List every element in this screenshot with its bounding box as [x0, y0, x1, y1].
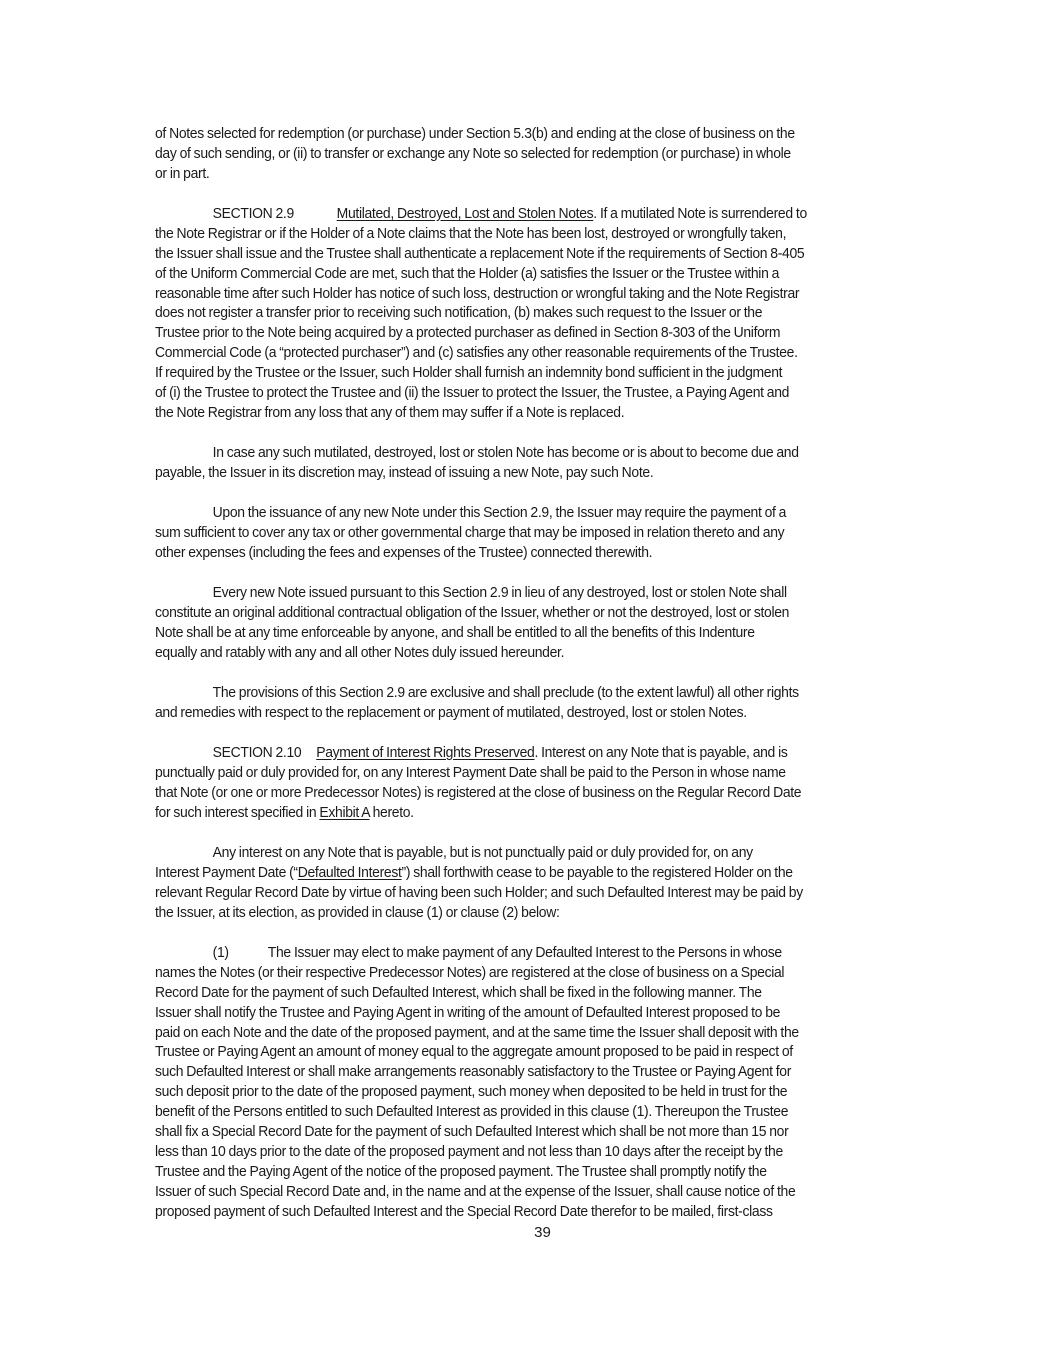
section-number: SECTION 2.9: [213, 205, 294, 222]
text-line: Every new Note issued pursuant to this S…: [155, 583, 880, 603]
text-line: and remedies with respect to the replace…: [155, 703, 880, 723]
text-line: less than 10 days prior to the date of t…: [155, 1142, 880, 1162]
text-line: of the Uniform Commercial Code are met, …: [155, 264, 880, 284]
text-line: constitute an original additional contra…: [155, 603, 880, 623]
text-line: of Notes selected for redemption (or pur…: [155, 124, 880, 144]
paragraph-upon-issuance: Upon the issuance of any new Note under …: [155, 503, 935, 563]
text-fragment: ”) shall forthwith cease to be payable t…: [402, 864, 793, 881]
text-line: relevant Regular Record Date by virtue o…: [155, 883, 880, 903]
text-line: the Issuer shall issue and the Trustee s…: [155, 244, 880, 264]
text-line: the Note Registrar from any loss that an…: [155, 403, 880, 423]
clause-first-line: (1)The Issuer may elect to make payment …: [155, 943, 880, 963]
text-line: the Issuer, at its election, as provided…: [155, 903, 880, 923]
text-line: reasonable time after such Holder has no…: [155, 284, 880, 304]
clause-1: (1)The Issuer may elect to make payment …: [155, 943, 935, 1221]
text-line: Any interest on any Note that is payable…: [155, 843, 880, 863]
defined-term-defaulted-interest: Defaulted Interest: [298, 864, 402, 881]
section-2-10: SECTION 2.10Payment of Interest Rights P…: [155, 743, 935, 823]
text-line: sum sufficient to cover any tax or other…: [155, 523, 880, 543]
section-heading-line: SECTION 2.10Payment of Interest Rights P…: [155, 743, 880, 763]
text-line: paid on each Note and the date of the pr…: [155, 1023, 880, 1043]
text-line: day of such sending, or (ii) to transfer…: [155, 144, 880, 164]
text-line: Trustee prior to the Note being acquired…: [155, 323, 880, 343]
paragraph-every-new-note: Every new Note issued pursuant to this S…: [155, 583, 935, 663]
clause-number: (1): [213, 944, 229, 961]
text-fragment: for such interest specified in: [155, 804, 319, 821]
text-fragment: hereto.: [369, 804, 413, 821]
document-page: of Notes selected for redemption (or pur…: [0, 0, 1055, 1365]
text-line: of (i) the Trustee to protect the Truste…: [155, 383, 880, 403]
text-line: that Note (or one or more Predecessor No…: [155, 783, 880, 803]
page-number: 39: [0, 1224, 1055, 1241]
text-line: punctually paid or duly provided for, on…: [155, 763, 880, 783]
text-line: In case any such mutilated, destroyed, l…: [155, 443, 880, 463]
text-fragment: The Issuer may elect to make payment of …: [268, 944, 782, 961]
text-line: other expenses (including the fees and e…: [155, 543, 880, 563]
text-line: the Note Registrar or if the Holder of a…: [155, 224, 880, 244]
text-line: If required by the Trustee or the Issuer…: [155, 363, 880, 383]
section-title: Mutilated, Destroyed, Lost and Stolen No…: [337, 205, 594, 222]
paragraph-carryover: of Notes selected for redemption (or pur…: [155, 124, 935, 184]
text-line: names the Notes (or their respective Pre…: [155, 963, 880, 983]
text-line: Upon the issuance of any new Note under …: [155, 503, 880, 523]
text-line: such deposit prior to the date of the pr…: [155, 1082, 880, 1102]
text-line: benefit of the Persons entitled to such …: [155, 1102, 880, 1122]
text-line: The provisions of this Section 2.9 are e…: [155, 683, 880, 703]
paragraph-any-interest: Any interest on any Note that is payable…: [155, 843, 935, 923]
text-line: Record Date for the payment of such Defa…: [155, 983, 880, 1003]
paragraph-provisions: The provisions of this Section 2.9 are e…: [155, 683, 935, 723]
text-line: Issuer shall notify the Trustee and Payi…: [155, 1003, 880, 1023]
text-line: Commercial Code (a “protected purchaser”…: [155, 343, 880, 363]
text-line: or in part.: [155, 164, 880, 184]
section-heading-line: SECTION 2.9Mutilated, Destroyed, Lost an…: [155, 204, 880, 224]
section-title: Payment of Interest Rights Preserved: [316, 744, 534, 761]
text-fragment: . If a mutilated Note is surrendered to: [593, 205, 807, 222]
text-line: such Defaulted Interest or shall make ar…: [155, 1062, 880, 1082]
section-2-9: SECTION 2.9Mutilated, Destroyed, Lost an…: [155, 204, 935, 423]
text-fragment: . Interest on any Note that is payable, …: [534, 744, 787, 761]
text-line: Note shall be at any time enforceable by…: [155, 623, 880, 643]
text-line: shall fix a Special Record Date for the …: [155, 1122, 880, 1142]
section-number: SECTION 2.10: [213, 744, 302, 761]
paragraph-in-case: In case any such mutilated, destroyed, l…: [155, 443, 935, 483]
text-fragment: Interest Payment Date (“: [155, 864, 298, 881]
text-line: Trustee or Paying Agent an amount of mon…: [155, 1042, 880, 1062]
text-line: Interest Payment Date (“Defaulted Intere…: [155, 863, 880, 883]
exhibit-a-reference: Exhibit A: [319, 804, 369, 821]
text-line: proposed payment of such Defaulted Inter…: [155, 1202, 880, 1222]
text-line: payable, the Issuer in its discretion ma…: [155, 463, 880, 483]
text-line: Issuer of such Special Record Date and, …: [155, 1182, 880, 1202]
text-line: does not register a transfer prior to re…: [155, 303, 880, 323]
text-line: Trustee and the Paying Agent of the noti…: [155, 1162, 880, 1182]
text-line: for such interest specified in Exhibit A…: [155, 803, 880, 823]
text-line: equally and ratably with any and all oth…: [155, 643, 880, 663]
